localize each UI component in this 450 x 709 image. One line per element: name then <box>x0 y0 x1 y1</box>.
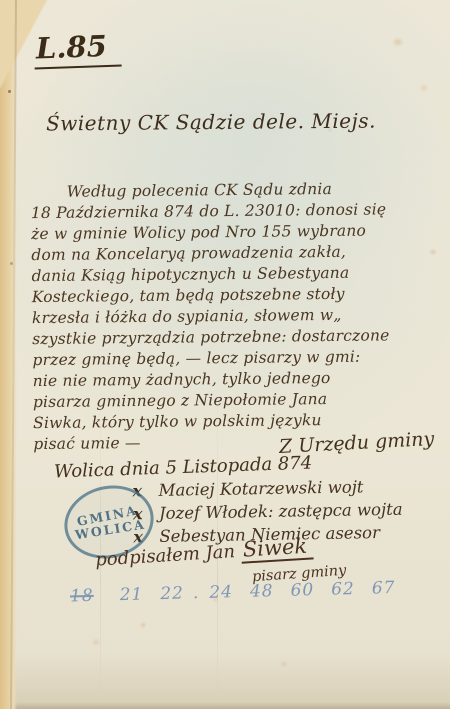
pencil-number: 22 <box>160 584 184 605</box>
pencil-dot: . <box>193 583 200 603</box>
body-line: 18 Października 874 do L. 23010: donosi … <box>31 199 435 224</box>
body-paragraph: Według polecenia CK Sądu zdnia 18 Paździ… <box>31 178 438 455</box>
docket-number: L.85 <box>33 28 121 69</box>
signature-name: Jozef Włodek: zastępca wojta <box>159 500 403 523</box>
signed-by-name-underlined: Siwek <box>240 533 314 563</box>
pencil-number-annotations: 18 21 22 . 24 48 60 62 67 <box>70 578 413 607</box>
pencil-number: 48 <box>250 581 274 602</box>
pencil-number: 24 <box>209 582 233 603</box>
ink-speck <box>8 90 11 93</box>
scanned-manuscript-page: L.85 Świetny CK Sądzie dele. Miejs. Wedł… <box>0 0 450 709</box>
signed-by-prefix: podpisałem Jan <box>95 541 236 571</box>
body-line: szystkie przyrządzia potrzebne: dostarcz… <box>32 325 436 350</box>
pencil-number: 62 <box>331 579 355 600</box>
signature-name: Maciej Kotarzewski wojt <box>158 477 363 500</box>
pencil-number: 67 <box>372 578 396 599</box>
salutation-line: Świetny CK Sądzie dele. Miejs. <box>46 109 376 136</box>
pencil-number: 21 <box>119 585 143 606</box>
pencil-number: 18 <box>70 586 94 607</box>
pencil-number: 60 <box>290 580 314 601</box>
ink-speck <box>10 262 13 265</box>
